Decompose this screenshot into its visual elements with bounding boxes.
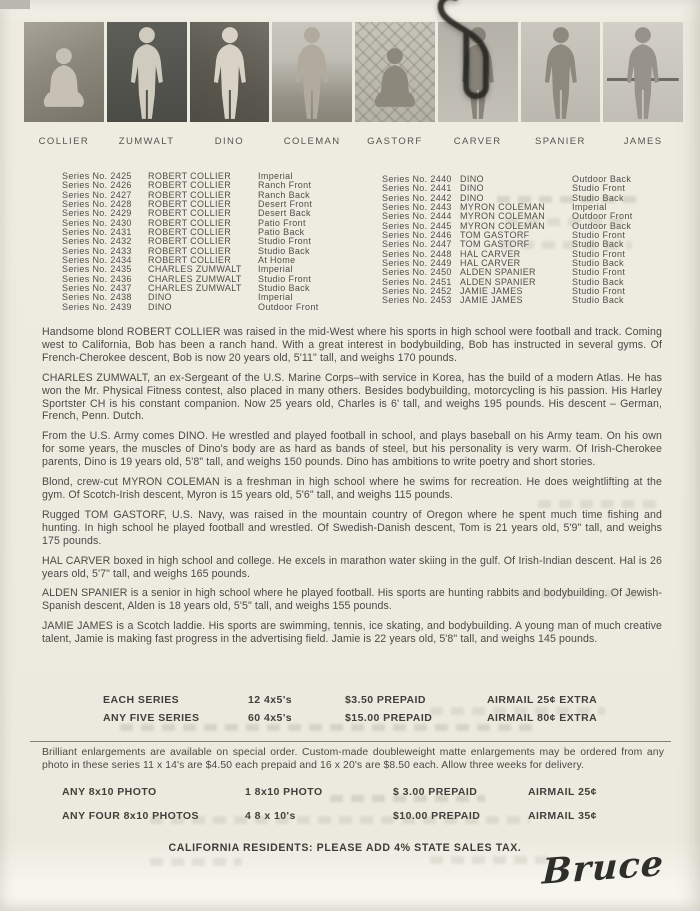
model-name-label: CARVER xyxy=(438,136,518,147)
price-airmail: AIRMAIL 25¢ EXTRA xyxy=(487,694,597,706)
series-row: Series No. 2439 DINO Outdoor Front xyxy=(62,303,319,312)
model-photo-collier xyxy=(24,22,104,122)
enlargements-note: Brilliant enlargements are available on … xyxy=(42,747,664,772)
ghost-smudge xyxy=(538,500,656,508)
bio-paragraph: From the U.S. Army comes DINO. He wrestl… xyxy=(42,430,662,469)
price-qty: 1 8x10 PHOTO xyxy=(245,786,323,798)
series-model-name: JAMIE JAMES xyxy=(460,296,572,305)
model-name-label: GASTORF xyxy=(355,136,435,147)
series-pose: Outdoor Front xyxy=(258,303,319,312)
price-airmail: AIRMAIL 35¢ xyxy=(528,810,597,822)
model-photo-james xyxy=(603,22,683,122)
series-number: Series No. 2453 xyxy=(382,296,460,305)
series-row: Series No. 2453 JAMIE JAMES Studio Back xyxy=(382,296,633,305)
ghost-smudge xyxy=(150,858,242,866)
bio-paragraph: JAMIE JAMES is a Scotch laddie. His spor… xyxy=(42,620,662,646)
ghost-smudge xyxy=(500,241,632,249)
price-item: ANY 8x10 PHOTO xyxy=(62,786,157,798)
price-airmail: AIRMAIL 25¢ xyxy=(528,786,597,798)
bio-paragraph: Rugged TOM GASTORF, U.S. Navy, was raise… xyxy=(42,509,662,548)
scan-corner-artifact xyxy=(0,0,30,9)
model-name-label: JAMES xyxy=(603,136,683,147)
bio-paragraph: Blond, crew-cut MYRON COLEMAN is a fresh… xyxy=(42,476,662,502)
paperclip-icon xyxy=(428,0,538,112)
model-photo-dino xyxy=(190,22,270,122)
bio-paragraph: Handsome blond ROBERT COLLIER was raised… xyxy=(42,326,662,365)
model-name-label: COLEMAN xyxy=(272,136,352,147)
ghost-smudge xyxy=(430,707,605,715)
price-amount: $3.50 PREPAID xyxy=(345,694,426,706)
ghost-smudge xyxy=(430,856,550,864)
series-pricing-row-1: EACH SERIES 12 4x5's $3.50 PREPAID AIRMA… xyxy=(0,694,700,708)
series-list-left: Series No. 2425 ROBERT COLLIER Imperial … xyxy=(62,172,319,312)
model-photo-zumwalt xyxy=(107,22,187,122)
series-model-name: DINO xyxy=(148,303,258,312)
ghost-smudge xyxy=(330,795,485,802)
ghost-smudge xyxy=(120,724,540,731)
model-photo-gastorf xyxy=(355,22,435,122)
price-amount: $15.00 PREPAID xyxy=(345,712,432,724)
divider-rule xyxy=(30,741,671,742)
price-qty: 60 4x5's xyxy=(248,712,292,724)
catalog-page: COLLIER ZUMWALT DINO COLEMAN GASTORF CAR… xyxy=(0,0,700,911)
model-name-label: COLLIER xyxy=(24,136,104,147)
model-photo-coleman xyxy=(272,22,352,122)
model-name-label: DINO xyxy=(190,136,270,147)
series-pose: Studio Back xyxy=(572,296,633,305)
photo-strip xyxy=(24,22,683,122)
ghost-smudge xyxy=(520,590,648,598)
price-item: ANY FIVE SERIES xyxy=(103,712,199,724)
bio-paragraph: CHARLES ZUMWALT, an ex-Sergeant of the U… xyxy=(42,372,662,424)
price-item: EACH SERIES xyxy=(103,694,179,706)
price-qty: 12 4x5's xyxy=(248,694,292,706)
ghost-smudge xyxy=(150,816,530,824)
bio-paragraph: HAL CARVER boxed in high school and coll… xyxy=(42,555,662,581)
ghost-smudge xyxy=(497,196,639,203)
model-bios: Handsome blond ROBERT COLLIER was raised… xyxy=(42,326,662,646)
series-number: Series No. 2439 xyxy=(62,303,148,312)
ghost-smudge xyxy=(505,218,625,226)
model-names-row: COLLIER ZUMWALT DINO COLEMAN GASTORF CAR… xyxy=(24,136,683,147)
model-name-label: SPANIER xyxy=(521,136,601,147)
model-name-label: ZUMWALT xyxy=(107,136,187,147)
